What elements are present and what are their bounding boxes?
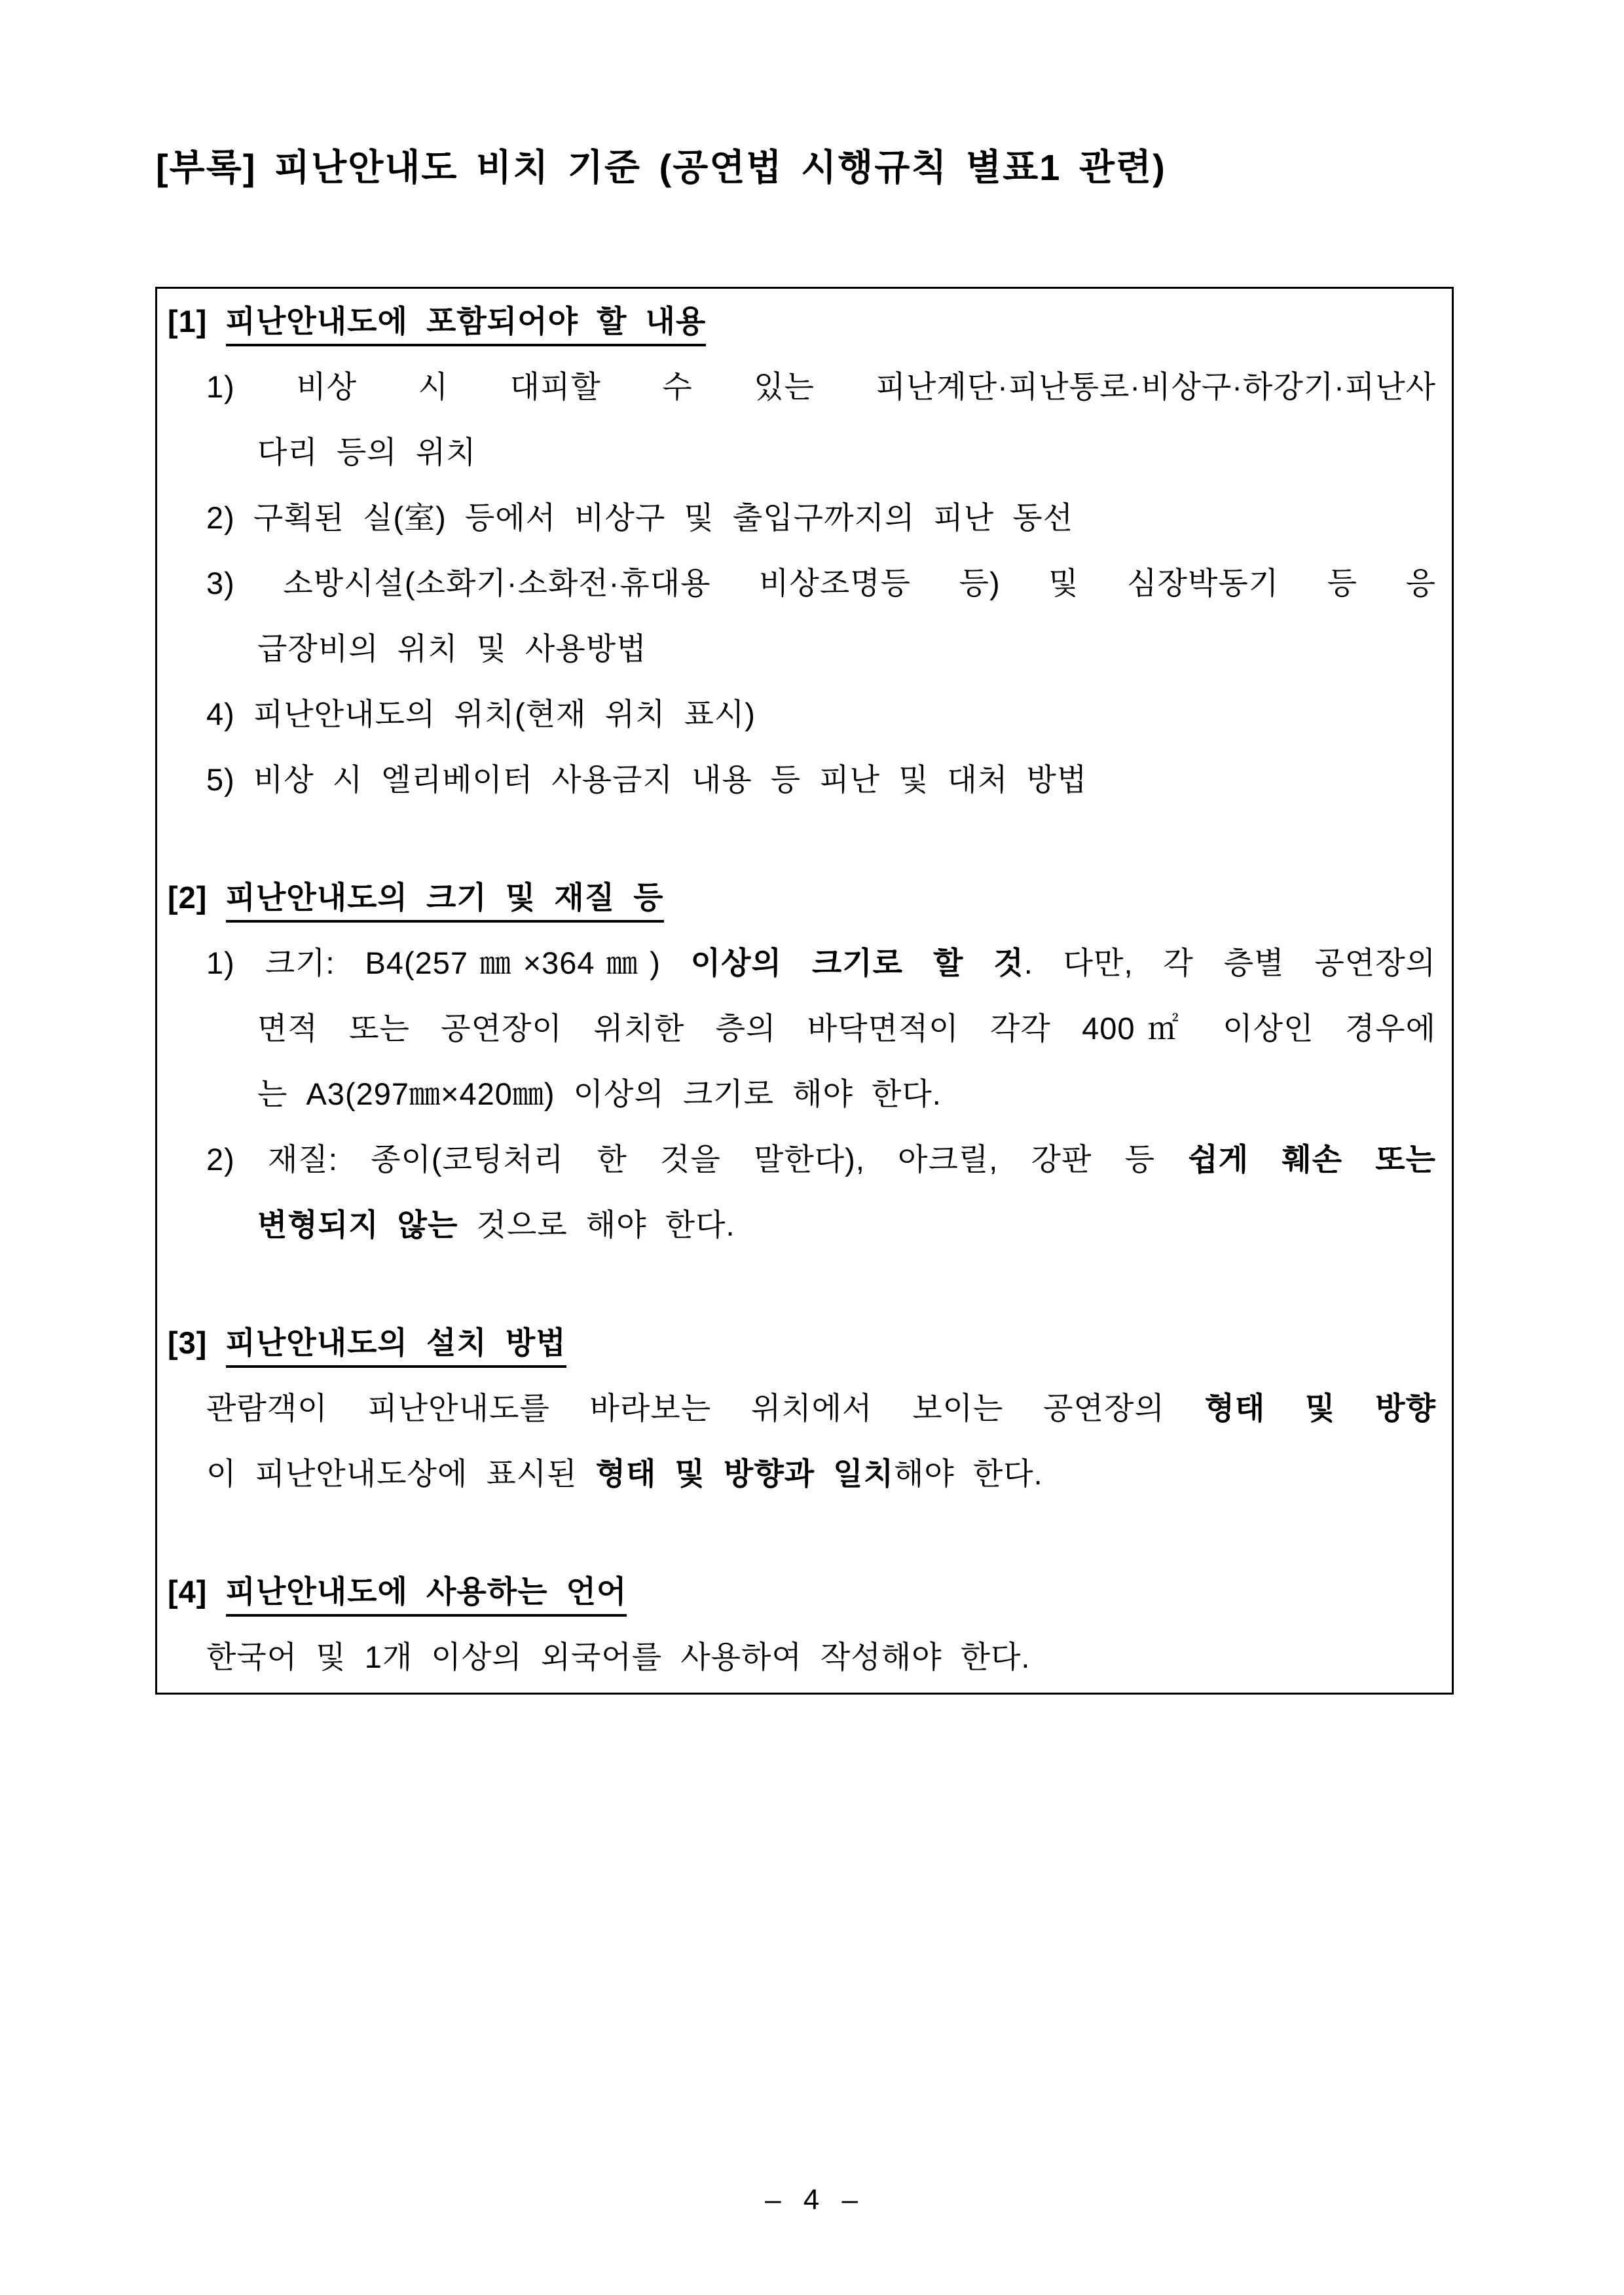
item-text: . 다만, 각 층별 공연장의 [1024,946,1436,980]
paragraph-line: 한국어 및 1개 이상의 외국어를 사용하여 작성해야 한다. [206,1625,1436,1690]
section-2: [2] 피난안내도의 크기 및 재질 등 1) 크기: B4(257㎜×364㎜… [168,865,1436,1258]
section-3-heading: [3] 피난안내도의 설치 방법 [168,1310,1436,1376]
item-label: 4) [206,697,235,731]
section-4-title: 피난안내도에 사용하는 언어 [226,1574,627,1617]
list-item: 2) 재질: 종이(코팅처리 한 것을 말한다), 아크릴, 강판 등 쉽게 훼… [206,1127,1436,1192]
list-item-continuation: 급장비의 위치 및 사용방법 [257,616,1436,682]
section-1: [1] 피난안내도에 포함되어야 할 내용 1) 비상 시 대피할 수 있는 피… [168,289,1436,813]
section-2-heading: [2] 피난안내도의 크기 및 재질 등 [168,865,1436,930]
rules-box: [1] 피난안내도에 포함되어야 할 내용 1) 비상 시 대피할 수 있는 피… [155,287,1454,1695]
item-label: 1) [206,369,235,404]
section-2-title: 피난안내도의 크기 및 재질 등 [226,880,664,923]
list-item: 1) 크기: B4(257㎜×364㎜) 이상의 크기로 할 것. 다만, 각 … [206,930,1436,996]
list-item-continuation: 변형되지 않는 것으로 해야 한다. [257,1192,1436,1258]
item-text-bold: 이상의 크기로 할 것 [691,946,1024,980]
section-4: [4] 피난안내도에 사용하는 언어 한국어 및 1개 이상의 외국어를 사용하… [168,1559,1436,1690]
section-3: [3] 피난안내도의 설치 방법 관람객이 피난안내도를 바라보는 위치에서 보… [168,1310,1436,1507]
body-text: 해야 한다. [894,1456,1043,1491]
list-item: 5) 비상 시 엘리베이터 사용금지 내용 등 피난 및 대처 방법 [206,747,1436,813]
list-item-continuation: 는 A3(297㎜×420㎜) 이상의 크기로 해야 한다. [257,1061,1436,1127]
item-text-bold: 쉽게 훼손 또는 [1188,1142,1436,1177]
item-text: 크기: B4(257㎜×364㎜) [265,946,691,980]
item-label: 2) [206,1142,235,1177]
section-3-number: [3] [168,1325,207,1360]
document-page: [부록] 피난안내도 비치 기준 (공연법 시행규칙 별표1 관련) [1] 피… [0,0,1624,2295]
paragraph-line: 관람객이 피난안내도를 바라보는 위치에서 보이는 공연장의 형태 및 방향 [206,1376,1436,1441]
paragraph-line: 이 피난안내도상에 표시된 형태 및 방향과 일치해야 한다. [206,1441,1436,1507]
section-2-number: [2] [168,880,207,915]
item-text: 재질: 종이(코팅처리 한 것을 말한다), 아크릴, 강판 등 [268,1142,1188,1177]
item-text-bold: 변형되지 않는 [257,1207,458,1242]
list-item: 2) 구획된 실(室) 등에서 비상구 및 출입구까지의 피난 동선 [206,485,1436,551]
item-label: 5) [206,762,235,797]
item-text: 구획된 실(室) 등에서 비상구 및 출입구까지의 피난 동선 [253,500,1073,535]
section-4-heading: [4] 피난안내도에 사용하는 언어 [168,1559,1436,1625]
item-text: 소방시설(소화기·소화전·휴대용 비상조명등 등) 및 심장박동기 등 응 [283,566,1436,600]
item-text: 피난안내도의 위치(현재 위치 표시) [253,697,756,731]
body-text-bold: 형태 및 방향과 일치 [596,1456,894,1491]
item-text: 것으로 해야 한다. [458,1207,735,1242]
list-item: 3) 소방시설(소화기·소화전·휴대용 비상조명등 등) 및 심장박동기 등 응 [206,551,1436,616]
list-item-continuation: 면적 또는 공연장이 위치한 층의 바닥면적이 각각 400㎡ 이상인 경우에 [257,996,1436,1061]
body-text-bold: 형태 및 방향 [1205,1391,1437,1425]
item-label: 1) [206,946,235,980]
list-item-continuation: 다리 등의 위치 [257,420,1436,485]
page-number: – 4 – [0,2184,1624,2216]
body-text: 이 피난안내도상에 표시된 [206,1456,596,1491]
section-1-heading: [1] 피난안내도에 포함되어야 할 내용 [168,289,1436,354]
item-label: 2) [206,500,235,535]
section-1-title: 피난안내도에 포함되어야 할 내용 [226,304,707,346]
section-3-title: 피난안내도의 설치 방법 [226,1325,566,1368]
list-item: 4) 피난안내도의 위치(현재 위치 표시) [206,682,1436,747]
item-text: 비상 시 엘리베이터 사용금지 내용 등 피난 및 대처 방법 [253,762,1087,797]
section-4-number: [4] [168,1574,207,1609]
item-label: 3) [206,566,235,600]
page-title: [부록] 피난안내도 비치 기준 (공연법 시행규칙 별표1 관련) [156,139,1166,191]
section-1-number: [1] [168,304,207,339]
body-text: 관람객이 피난안내도를 바라보는 위치에서 보이는 공연장의 [206,1391,1205,1425]
list-item: 1) 비상 시 대피할 수 있는 피난계단·피난통로·비상구·하강기·피난사 [206,354,1436,420]
item-text: 비상 시 대피할 수 있는 피난계단·피난통로·비상구·하강기·피난사 [296,369,1436,404]
